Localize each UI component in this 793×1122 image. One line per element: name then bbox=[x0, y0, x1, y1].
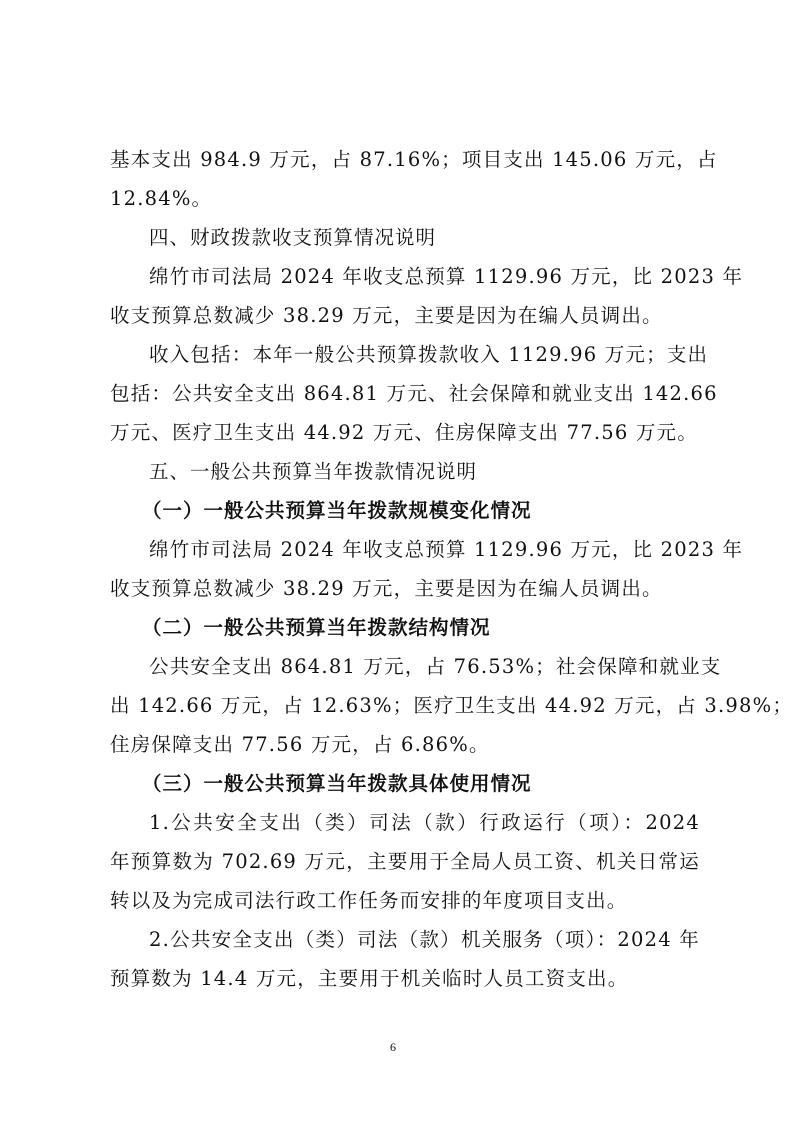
paragraph-line: 住房保障支出 77.56 万元，占 6.86%。 bbox=[110, 733, 700, 757]
paragraph-line: 2.公共安全支出（类）司法（款）机关服务（项）：2024 年 bbox=[149, 928, 700, 952]
paragraph-line: 年预算数为 702.69 万元，主要用于全局人员工资、机关日常运 bbox=[110, 850, 700, 874]
subsection-heading: （三）一般公共预算当年拨款具体使用情况 bbox=[142, 772, 532, 796]
paragraph-line: 12.84%。 bbox=[110, 187, 700, 211]
paragraph-line: 收支预算总数减少 38.29 万元，主要是因为在编人员调出。 bbox=[110, 577, 700, 601]
paragraph-line: 绵竹市司法局 2024 年收支总预算 1129.96 万元，比 2023 年 bbox=[149, 265, 700, 289]
page-number: 6 bbox=[390, 1040, 396, 1055]
paragraph-line: 收支预算总数减少 38.29 万元，主要是因为在编人员调出。 bbox=[110, 304, 700, 328]
paragraph-line: 收入包括：本年一般公共预算拨款收入 1129.96 万元；支出 bbox=[149, 343, 700, 367]
paragraph-line: 转以及为完成司法行政工作任务而安排的年度项目支出。 bbox=[110, 889, 700, 913]
subsection-heading: （一）一般公共预算当年拨款规模变化情况 bbox=[142, 499, 532, 523]
paragraph-line: 绵竹市司法局 2024 年收支总预算 1129.96 万元，比 2023 年 bbox=[149, 538, 700, 562]
paragraph-line: 包括：公共安全支出 864.81 万元、社会保障和就业支出 142.66 bbox=[110, 382, 700, 406]
paragraph-line: 1.公共安全支出（类）司法（款）行政运行（项）：2024 bbox=[149, 811, 700, 835]
section-heading: 五、一般公共预算当年拨款情况说明 bbox=[149, 460, 477, 484]
paragraph-line: 基本支出 984.9 万元，占 87.16%；项目支出 145.06 万元，占 bbox=[110, 148, 700, 172]
paragraph-line: 预算数为 14.4 万元，主要用于机关临时人员工资支出。 bbox=[110, 967, 700, 991]
paragraph-line: 万元、医疗卫生支出 44.92 万元、住房保障支出 77.56 万元。 bbox=[110, 421, 700, 445]
paragraph-line: 公共安全支出 864.81 万元，占 76.53%；社会保障和就业支 bbox=[149, 655, 700, 679]
subsection-heading: （二）一般公共预算当年拨款结构情况 bbox=[142, 616, 491, 640]
section-heading: 四、财政拨款收支预算情况说明 bbox=[149, 226, 436, 250]
paragraph-line: 出 142.66 万元，占 12.63%；医疗卫生支出 44.92 万元，占 3… bbox=[110, 694, 700, 718]
document-page: 基本支出 984.9 万元，占 87.16%；项目支出 145.06 万元，占1… bbox=[0, 0, 793, 1122]
